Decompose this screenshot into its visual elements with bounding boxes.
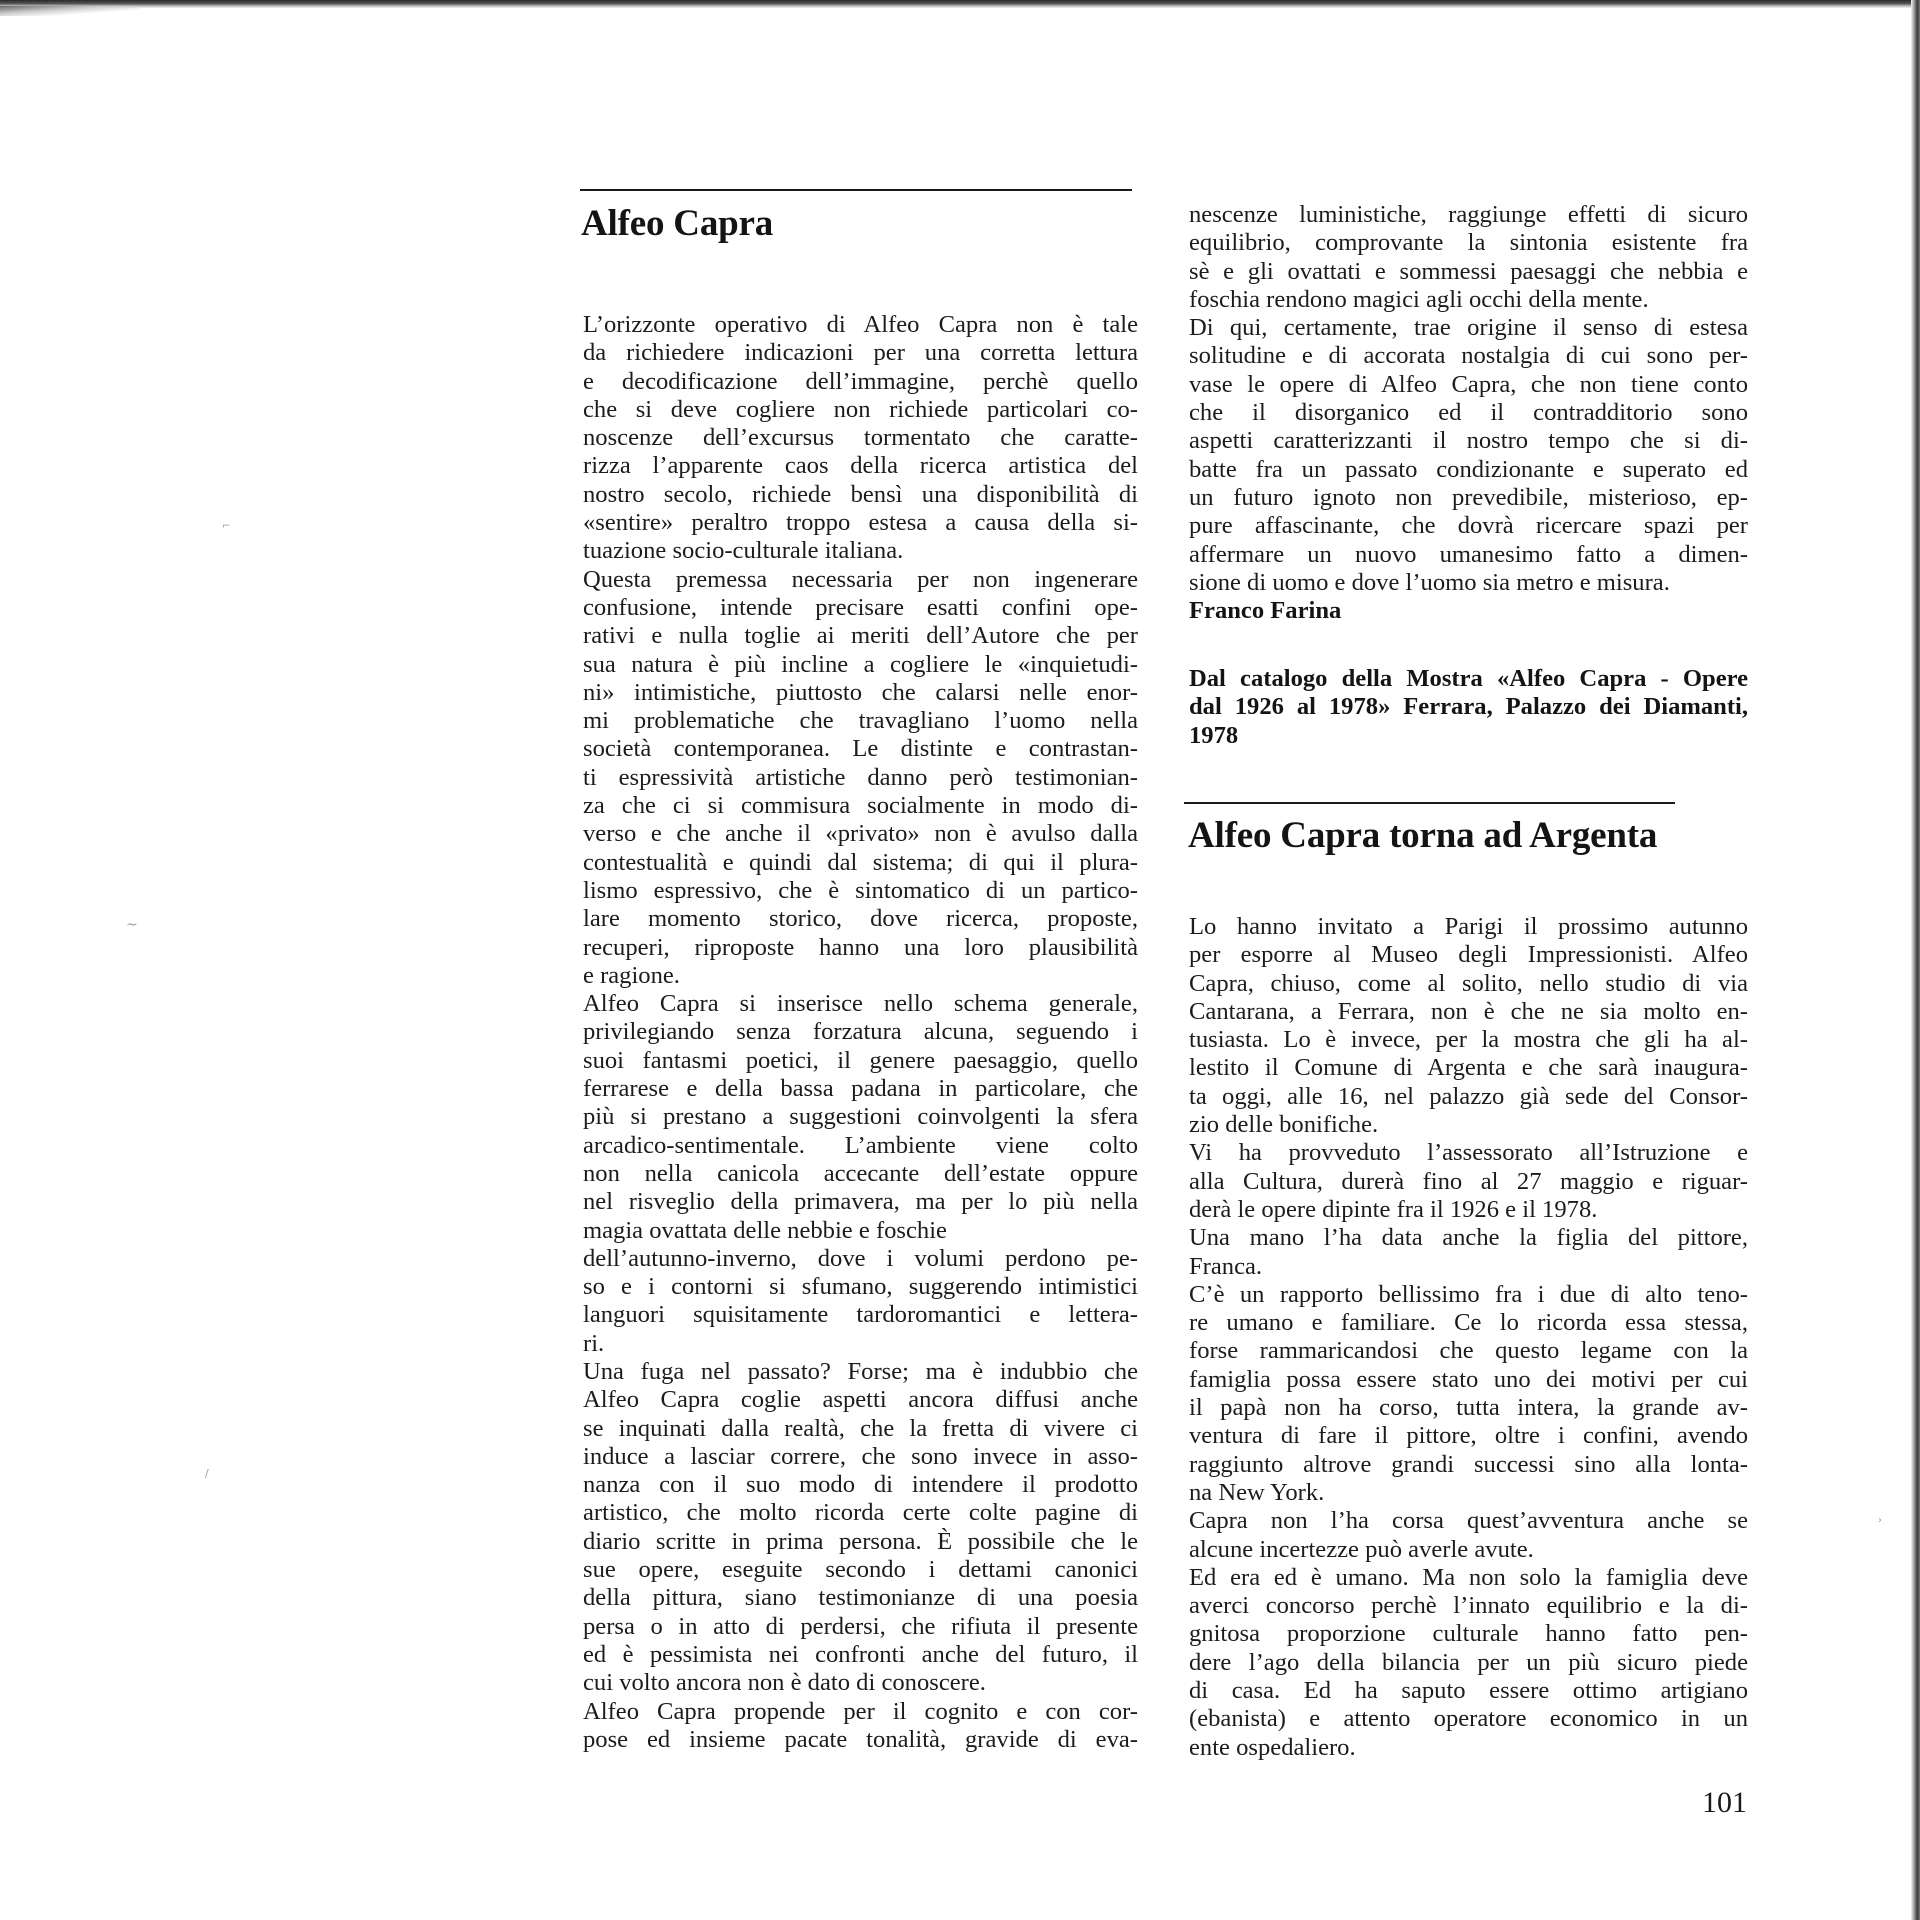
- text-line: derà le opere dipinte fra il 1926 e il 1…: [1189, 1196, 1748, 1224]
- text-line: magia ovattata delle nebbie e foschie: [583, 1217, 1138, 1245]
- scan-speck: ~: [126, 918, 138, 932]
- page-number: 101: [1702, 1786, 1747, 1820]
- text-line: so e i contorni si sfumano, suggerendo i…: [583, 1273, 1138, 1301]
- text-line: noscenze dell’excursus tormentato che ca…: [583, 424, 1138, 452]
- text-line: ventura di fare il pittore, oltre i conf…: [1189, 1422, 1748, 1450]
- text-line: foschia rendono magici agli occhi della …: [1189, 286, 1748, 314]
- text-line: Lo hanno invitato a Parigi il prossimo a…: [1189, 913, 1748, 941]
- text-line: dere l’ago della bilancia per un più sic…: [1189, 1649, 1748, 1677]
- text-line: che il disorganico ed il contradditorio …: [1189, 399, 1748, 427]
- article1-top-rule: [580, 189, 1132, 191]
- text-line: persa o in atto di perdersi, che rifiuta…: [583, 1613, 1138, 1641]
- text-line: Cantarana, a Ferrara, non è che ne sia m…: [1189, 998, 1748, 1026]
- text-line: affermare un nuovo umanesimo fatto a dim…: [1189, 541, 1748, 569]
- text-line: ferrarese e della bassa padana in partic…: [583, 1075, 1138, 1103]
- text-line: famiglia possa essere stato uno dei moti…: [1189, 1366, 1748, 1394]
- article1-left-column: L’orizzonte operativo di Alfeo Capra non…: [583, 311, 1138, 1754]
- text-line: suoi fantasmi poetici, il genere paesagg…: [583, 1047, 1138, 1075]
- text-line: il papà non ha corso, tutta intera, la g…: [1189, 1394, 1748, 1422]
- text-line: tusiasta. Lo è invece, per la mostra che…: [1189, 1026, 1748, 1054]
- text-line: re umano e familiare. Ce lo ricorda essa…: [1189, 1309, 1748, 1337]
- text-line: ta oggi, alle 16, nel palazzo già sede d…: [1189, 1083, 1748, 1111]
- text-line: contestualità e quindi dal sistema; di q…: [583, 849, 1138, 877]
- text-line: lismo espressivo, che è sintomatico di u…: [583, 877, 1138, 905]
- text-line: lare momento storico, dove ricerca, prop…: [583, 905, 1138, 933]
- text-line: Vi ha provveduto l’assessorato all’Istru…: [1189, 1139, 1748, 1167]
- text-line: di casa. Ed ha saputo essere ottimo arti…: [1189, 1677, 1748, 1705]
- text-line: equilibrio, comprovante la sintonia esis…: [1189, 229, 1748, 257]
- text-line: sè e gli ovattati e sommessi paesaggi ch…: [1189, 258, 1748, 286]
- text-line: che si deve cogliere non richiede partic…: [583, 396, 1138, 424]
- text-line: ni» intimistiche, piuttosto che calarsi …: [583, 679, 1138, 707]
- article2-title: Alfeo Capra torna ad Argenta: [1188, 814, 1657, 858]
- text-line: forse rammaricandosi che questo legame c…: [1189, 1337, 1748, 1365]
- text-line: tuazione socio-culturale italiana.: [583, 537, 1138, 565]
- text-line: L’orizzonte operativo di Alfeo Capra non…: [583, 311, 1138, 339]
- text-line: averci concorso perchè l’innato equilibr…: [1189, 1592, 1748, 1620]
- scan-speck: ⌐: [222, 522, 230, 532]
- text-line: nel risveglio della primavera, ma per lo…: [583, 1188, 1138, 1216]
- article1-right-column: nescenze luministiche, raggiunge effetti…: [1189, 201, 1748, 597]
- text-line: solitudine e di accorata nostalgia di cu…: [1189, 342, 1748, 370]
- text-line: Alfeo Capra propende per il cognito e co…: [583, 1698, 1138, 1726]
- text-line: nostro secolo, richiede bensì una dispon…: [583, 481, 1138, 509]
- text-line: lestito il Comune di Argenta e che sarà …: [1189, 1054, 1748, 1082]
- article2-body: Lo hanno invitato a Parigi il prossimo a…: [1189, 913, 1748, 1762]
- text-line: pose ed insieme pacate tonalità, gravide…: [583, 1726, 1138, 1754]
- text-line: e decodificazione dell’immagine, perchè …: [583, 368, 1138, 396]
- article1-source-caption: Dal catalogo della Mostra «Alfeo Capra -…: [1189, 665, 1748, 750]
- text-line: «sentire» peraltro troppo estesa a causa…: [583, 509, 1138, 537]
- text-line: arcadico-sentimentale. L’ambiente viene …: [583, 1132, 1138, 1160]
- text-line: sue opere, eseguite secondo i dettami ca…: [583, 1556, 1138, 1584]
- text-line: ti espressività artistiche danno però te…: [583, 764, 1138, 792]
- text-line: rativi e nulla toglie ai meriti dell’Aut…: [583, 622, 1138, 650]
- text-line: recuperi, riproposte hanno una loro plau…: [583, 934, 1138, 962]
- text-line: più si prestano a suggestioni coinvolgen…: [583, 1103, 1138, 1131]
- text-line: Capra, chiuso, come al solito, nello stu…: [1189, 970, 1748, 998]
- text-line: vase le opere di Alfeo Capra, che non ti…: [1189, 371, 1748, 399]
- text-line: da richiedere indicazioni per una corret…: [583, 339, 1138, 367]
- text-line: aspetti caratterizzanti il nostro tempo …: [1189, 427, 1748, 455]
- text-line: Di qui, certamente, trae origine il sens…: [1189, 314, 1748, 342]
- text-line: Alfeo Capra coglie aspetti ancora diffus…: [583, 1386, 1138, 1414]
- source-line: dal 1926 al 1978» Ferrara, Palazzo dei D…: [1189, 693, 1748, 721]
- text-line: languori squisitamente tardoromantici e …: [583, 1301, 1138, 1329]
- text-line: dell’autunno-inverno, dove i volumi perd…: [583, 1245, 1138, 1273]
- text-line: ente ospedaliero.: [1189, 1734, 1748, 1762]
- text-line: ed è pessimista nei confronti anche del …: [583, 1641, 1138, 1669]
- text-line: gnitosa proporzione culturale hanno fatt…: [1189, 1620, 1748, 1648]
- text-line: diario scritte in prima persona. È possi…: [583, 1528, 1138, 1556]
- text-line: cui volto ancora non è dato di conoscere…: [583, 1669, 1138, 1697]
- text-line: C’è un rapporto bellissimo fra i due di …: [1189, 1281, 1748, 1309]
- text-line: Alfeo Capra si inserisce nello schema ge…: [583, 990, 1138, 1018]
- scan-edge-top-left-shadow: [0, 6, 140, 16]
- text-line: Una fuga nel passato? Forse; ma è indubb…: [583, 1358, 1138, 1386]
- text-line: e ragione.: [583, 962, 1138, 990]
- text-line: Ed era ed è umano. Ma non solo la famigl…: [1189, 1564, 1748, 1592]
- text-line: un futuro ignoto non prevedibile, mister…: [1189, 484, 1748, 512]
- source-line: 1978: [1189, 722, 1748, 750]
- text-line: induce a lasciar correre, che sono invec…: [583, 1443, 1138, 1471]
- text-line: Questa premessa necessaria per non ingen…: [583, 566, 1138, 594]
- text-line: Franca.: [1189, 1253, 1748, 1281]
- article1-author: Franco Farina: [1189, 597, 1748, 625]
- text-line: della pittura, siano testimonianze di un…: [583, 1584, 1138, 1612]
- article1-title: Alfeo Capra: [581, 202, 773, 246]
- text-line: privilegiando senza forzatura alcuna, se…: [583, 1018, 1138, 1046]
- scan-edge-right: [1911, 0, 1920, 1920]
- text-line: alla Cultura, durerà fino al 27 maggio e…: [1189, 1168, 1748, 1196]
- text-line: verso e che anche il «privato» non è avu…: [583, 820, 1138, 848]
- scan-edge-top: [0, 0, 1920, 8]
- article2-top-rule: [1184, 802, 1675, 804]
- scan-speck: /: [205, 1468, 209, 1479]
- text-line: per esporre al Museo degli Impressionist…: [1189, 941, 1748, 969]
- text-line: artistico, che molto ricorda certe colte…: [583, 1499, 1138, 1527]
- text-line: nanza con il suo modo di intendere il pr…: [583, 1471, 1138, 1499]
- text-line: nescenze luministiche, raggiunge effetti…: [1189, 201, 1748, 229]
- text-line: società contemporanea. Le distinte e con…: [583, 735, 1138, 763]
- text-line: alcune incertezze può averle avute.: [1189, 1536, 1748, 1564]
- source-line: Dal catalogo della Mostra «Alfeo Capra -…: [1189, 665, 1748, 693]
- text-line: ri.: [583, 1330, 1138, 1358]
- text-line: Capra non l’ha corsa quest’avventura anc…: [1189, 1507, 1748, 1535]
- text-line: Una mano l’ha data anche la figlia del p…: [1189, 1224, 1748, 1252]
- scan-speck: ›: [1878, 1516, 1882, 1526]
- text-line: (ebanista) e attento operatore economico…: [1189, 1705, 1748, 1733]
- text-line: zio delle bonifiche.: [1189, 1111, 1748, 1139]
- text-line: na New York.: [1189, 1479, 1748, 1507]
- text-line: mi problematiche che travagliano l’uomo …: [583, 707, 1138, 735]
- text-line: sione di uomo e dove l’uomo sia metro e …: [1189, 569, 1748, 597]
- text-line: confusione, intende precisare esatti con…: [583, 594, 1138, 622]
- text-line: za che ci si commisura socialmente in mo…: [583, 792, 1138, 820]
- text-line: non nella canicola accecante dell’estate…: [583, 1160, 1138, 1188]
- text-line: se inquinati dalla realtà, che la fretta…: [583, 1415, 1138, 1443]
- text-line: raggiunto altrove grandi successi sino a…: [1189, 1451, 1748, 1479]
- text-line: sua natura è più incline a cogliere le «…: [583, 651, 1138, 679]
- text-line: pure affascinante, che dovrà ricercare s…: [1189, 512, 1748, 540]
- text-line: batte fra un passato condizionante e sup…: [1189, 456, 1748, 484]
- text-line: rizza l’apparente caos della ricerca art…: [583, 452, 1138, 480]
